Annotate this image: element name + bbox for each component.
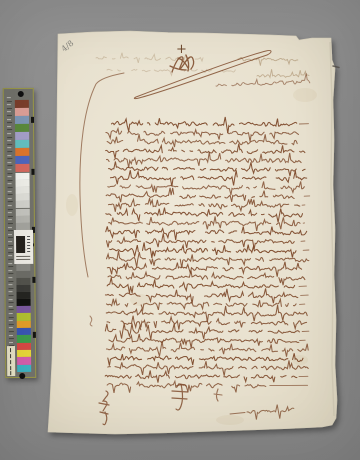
scale-tick (6, 101, 12, 102)
color-patch-top-2 (15, 116, 29, 124)
scale-tick (7, 158, 13, 159)
scale-tick (7, 198, 11, 199)
scale-tick (8, 342, 12, 343)
scale-tick (7, 216, 13, 217)
index-mark (31, 169, 34, 175)
scale-tick (7, 212, 11, 213)
scale-tick (7, 129, 13, 130)
color-patch-bottom-7 (17, 357, 31, 364)
brand-label (7, 346, 15, 376)
scale-tick (7, 230, 13, 231)
scale-tick (7, 119, 11, 120)
scale-tick (8, 327, 12, 328)
scale-tick (8, 252, 14, 253)
index-mark (30, 117, 33, 123)
scale-tick (8, 266, 14, 267)
scale-tick (8, 313, 12, 314)
scale-tick (7, 180, 13, 181)
scale-tick (8, 281, 14, 282)
scale-tick (8, 295, 14, 296)
color-patch-top-7 (15, 156, 29, 164)
scale-tick (7, 165, 13, 166)
label-barcode (16, 236, 25, 253)
scale-tick (8, 288, 14, 289)
scale-tick (7, 209, 13, 210)
scale-tick (7, 133, 11, 134)
scale-tick (8, 317, 14, 318)
scale-tick (7, 173, 13, 174)
scale-tick (8, 237, 14, 238)
scale-tick (8, 302, 14, 303)
scale-tick (8, 259, 14, 260)
scale-tick (8, 299, 12, 300)
paper-stain (216, 415, 244, 425)
scale-tick (8, 248, 12, 249)
color-patch-bottom-3 (17, 328, 31, 335)
scale-tick (6, 108, 12, 109)
scale-tick (7, 201, 13, 202)
archival-photo-stage: + 4/8 (0, 0, 360, 460)
scale-tick (8, 263, 12, 264)
scale-tick (8, 273, 14, 274)
scale-tick (7, 155, 11, 156)
scale-tick (7, 126, 11, 127)
scale-tick (7, 223, 13, 224)
color-patch-top-0 (15, 100, 29, 108)
scale-tick (8, 270, 12, 271)
scale-tick (8, 331, 14, 332)
scale-tick (8, 309, 14, 310)
label-fine-text (27, 236, 30, 253)
scale-tick (8, 277, 12, 278)
scale-tick (7, 227, 11, 228)
scale-tick (7, 183, 11, 184)
scale-tick (8, 335, 12, 336)
scale-tick (7, 151, 13, 152)
scale-tick (8, 284, 12, 285)
scale-tick (7, 169, 11, 170)
color-patch-bottom-2 (17, 321, 31, 328)
registration-dot-0 (18, 91, 25, 98)
scale-tick (7, 205, 11, 206)
scale-tick (7, 191, 11, 192)
scale-tick (7, 147, 11, 148)
color-patch-bottom-8 (17, 365, 31, 372)
scale-tick (7, 122, 13, 123)
color-patch-bottom-0 (17, 306, 31, 313)
scale-tick (8, 234, 12, 235)
gray-scale-label (14, 230, 33, 264)
color-patch-top-1 (15, 108, 29, 116)
color-patch-bottom-1 (17, 313, 31, 320)
scale-tick (6, 115, 12, 116)
color-patch-top-8 (15, 164, 29, 172)
color-patch-top-5 (15, 140, 29, 148)
cross-mark: + (176, 42, 187, 57)
scale-tick (8, 241, 12, 242)
scale-tick (8, 320, 12, 321)
scale-tick (7, 194, 13, 195)
scale-tick (7, 144, 13, 145)
label-line (16, 259, 30, 260)
color-patch-top-3 (15, 124, 29, 132)
scale-tick (7, 176, 11, 177)
color-calibration-bar (3, 88, 37, 378)
scale-tick (8, 306, 12, 307)
paper-stain (66, 194, 78, 216)
scale-tick (7, 162, 11, 163)
scale-tick (8, 291, 12, 292)
color-patch-top-6 (15, 148, 29, 156)
scale-tick (8, 338, 14, 339)
scale-tick (6, 111, 10, 112)
label-line (16, 256, 30, 257)
color-patch-bottom-6 (17, 350, 31, 357)
color-patch-bottom-4 (17, 335, 31, 342)
scale-tick (7, 187, 13, 188)
scale-tick (8, 245, 14, 246)
scale-tick (6, 97, 10, 98)
index-mark (32, 277, 35, 283)
scale-tick (8, 324, 14, 325)
scale-tick (7, 140, 11, 141)
index-mark (32, 332, 35, 338)
manuscript-scene: + 4/8 (0, 0, 360, 460)
paper-stain (293, 88, 317, 102)
scale-tick (7, 219, 11, 220)
scale-tick (8, 255, 12, 256)
scale-tick (7, 137, 13, 138)
color-patch-gray-7 (16, 223, 30, 230)
color-patch-top-4 (15, 132, 29, 140)
scale-tick (6, 104, 10, 105)
color-patch-bottom-5 (17, 343, 31, 350)
